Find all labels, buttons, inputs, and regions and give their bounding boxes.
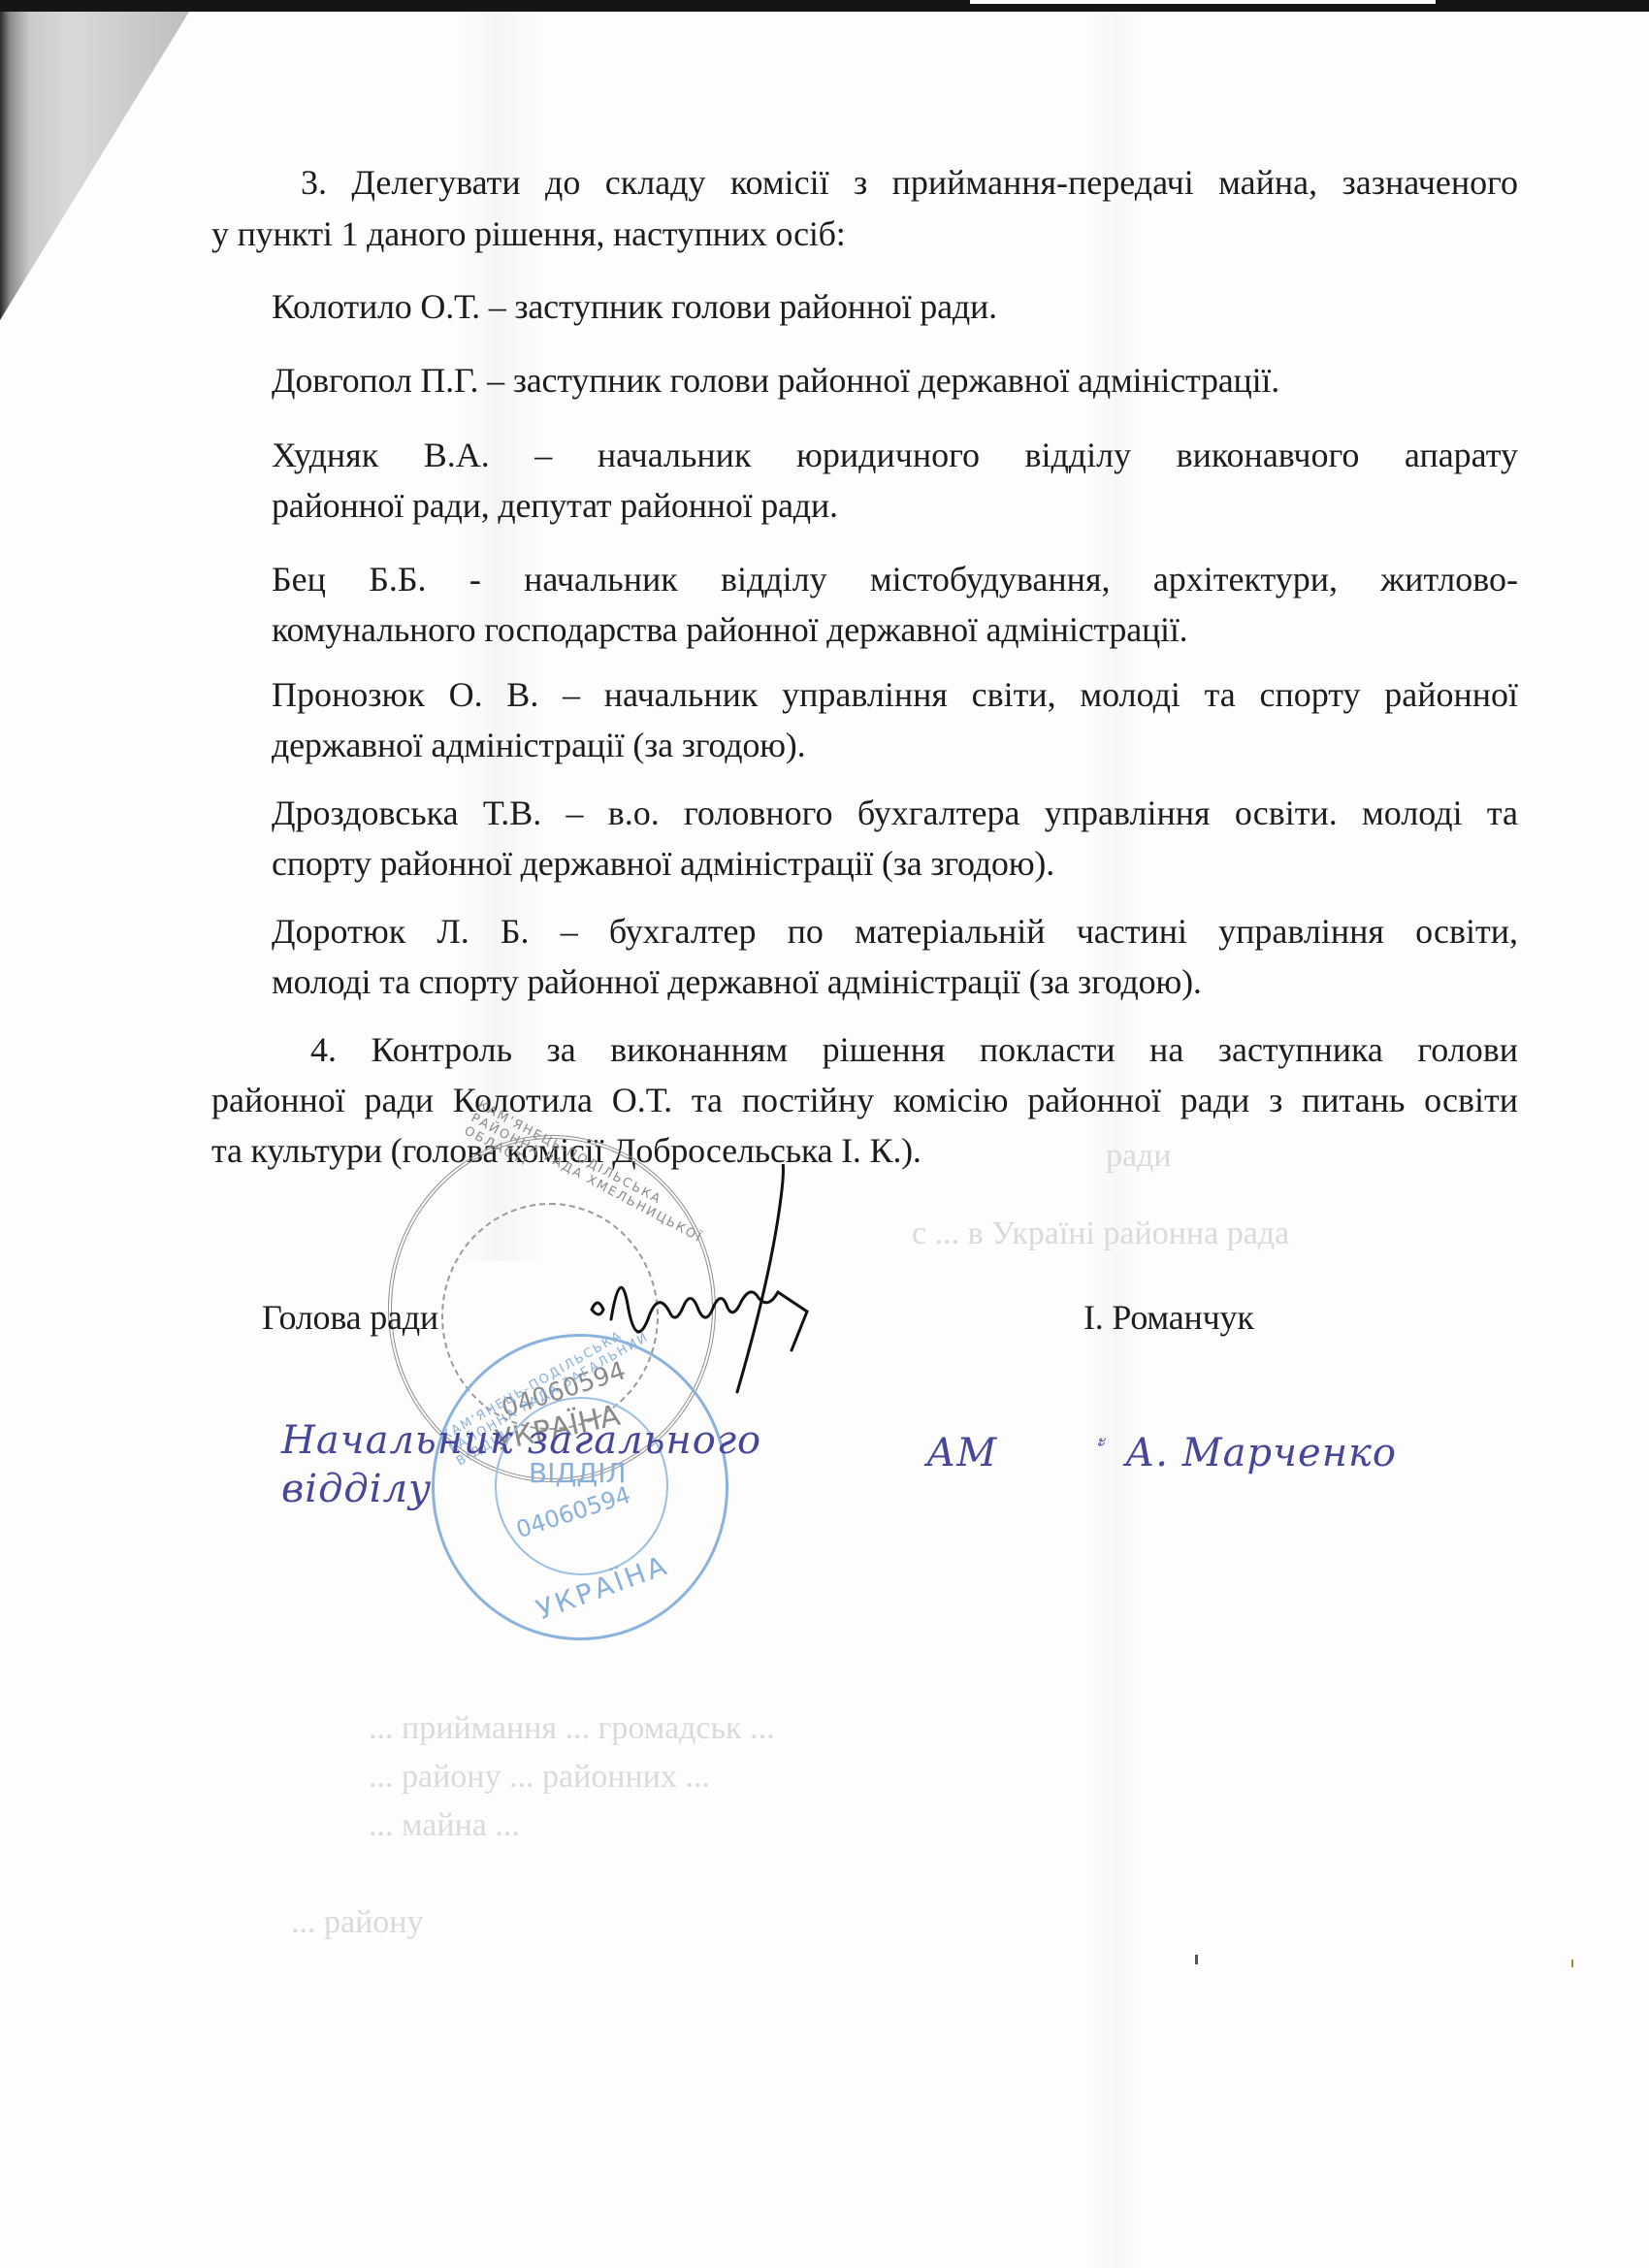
member-khudniak-line1: Худняк В.А. – начальник юридичного відді…: [272, 434, 1518, 476]
item4-line1: 4. Контроль за виконанням рішення поклас…: [310, 1028, 1518, 1071]
member-bets-line1: Бец Б.Б. - начальник відділу містобудува…: [272, 558, 1518, 600]
member-drozdovska-line1: Дроздовська Т.В. – в.о. головного бухгал…: [272, 792, 1518, 834]
member-dorotiuk-line1: Доротюк Л. Б. – бухгалтер по матеріальні…: [272, 910, 1518, 953]
item3-line1: 3. Делегувати до складу комісії з прийма…: [301, 161, 1518, 204]
member-dovhopol: Довгопол П.Г. – заступник голови районно…: [272, 359, 1279, 402]
bleed-through-text: ... майна ...: [369, 1804, 520, 1847]
scan-speck: [1571, 1960, 1573, 1967]
bleed-through-text: ... району: [291, 1901, 423, 1944]
bleed-through-text: ... приймання ... громадськ ...: [369, 1707, 775, 1750]
item3-line2: у пункті 1 даного рішення, наступних осі…: [211, 212, 846, 255]
handwritten-certifier-name: А. Марченко: [1125, 1431, 1397, 1475]
item4-line2: районної ради Колотила О.Т. та постійну …: [211, 1079, 1518, 1121]
bleed-through-text: ... району ... районних ...: [369, 1756, 710, 1798]
scan-speck: [1195, 1955, 1198, 1964]
paper-fold-crease: [1086, 0, 1145, 2268]
signature-position: Голова ради: [262, 1296, 438, 1339]
member-kolotylo: Колотило О.Т. – заступник голови районно…: [272, 285, 997, 328]
member-pronoziuk-line1: Пронозюк О. В. – начальник управління св…: [272, 673, 1518, 716]
signature-name: І. Романчук: [1083, 1296, 1254, 1339]
scanner-top-edge-gap: [970, 0, 1436, 4]
bleed-through-text: ради: [1106, 1135, 1172, 1178]
handwritten-separator: ะ: [1096, 1426, 1107, 1454]
handwritten-certification-line2: відділу: [281, 1467, 432, 1511]
handwritten-signature-icon: [572, 1164, 980, 1397]
member-pronoziuk-line2: державної адміністрації (за згодою).: [272, 724, 805, 766]
member-khudniak-line2: районної ради, депутат районної ради.: [272, 484, 838, 527]
handwritten-certification-line1: Начальник загального: [281, 1418, 761, 1463]
member-bets-line2: комунального господарства районної держа…: [272, 608, 1187, 651]
member-drozdovska-line2: спорту районної державної адміністрації …: [272, 842, 1054, 885]
handwritten-initials: АМ: [926, 1431, 997, 1475]
member-dorotiuk-line2: молоді та спорту районної державної адмі…: [272, 960, 1202, 1003]
